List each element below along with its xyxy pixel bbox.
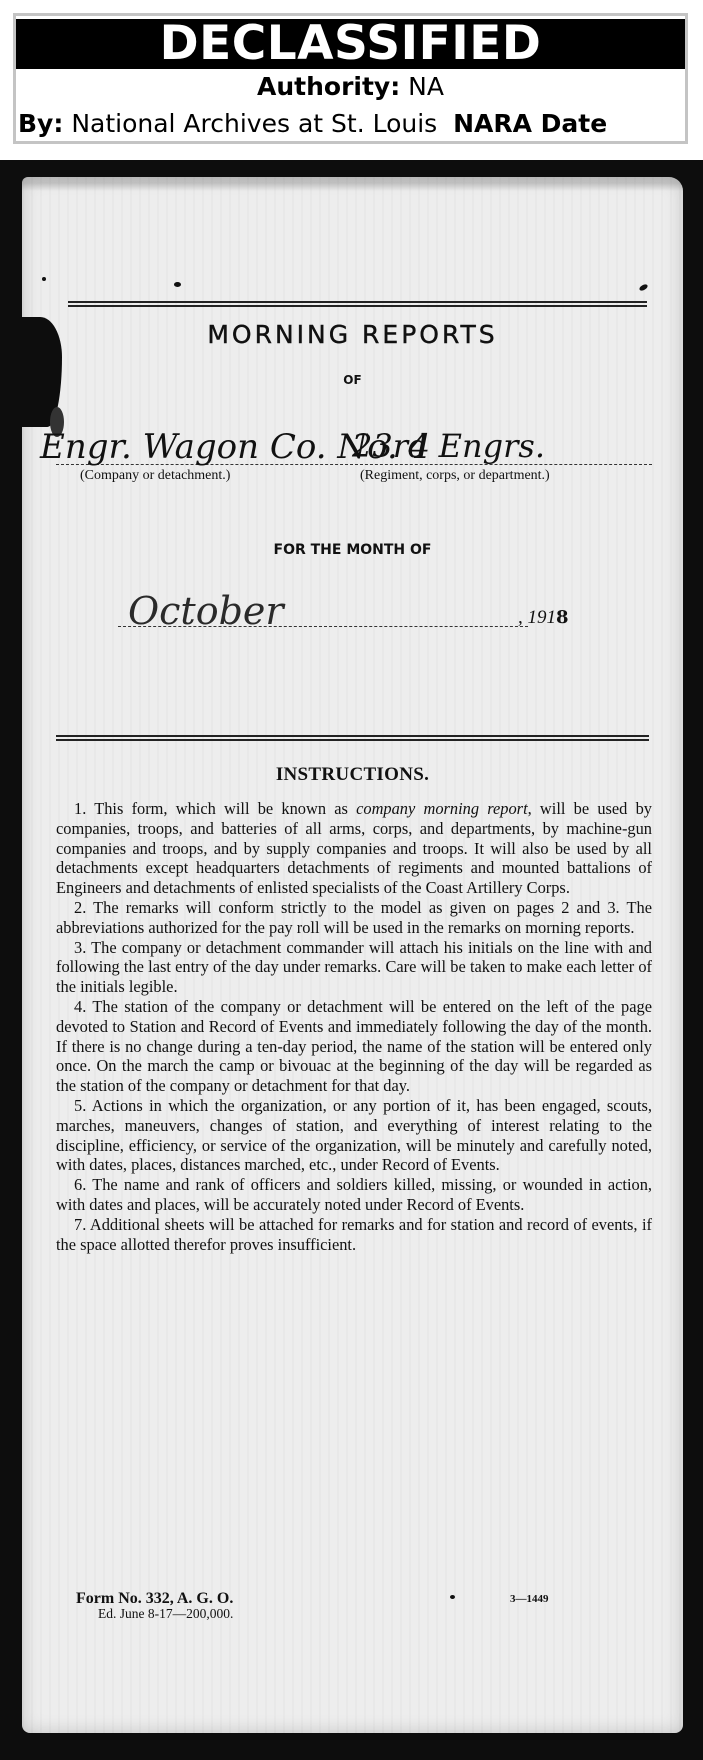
by-value: National Archives at St. Louis bbox=[71, 109, 437, 138]
instruction-item: 1. This form, which will be known as com… bbox=[56, 799, 652, 898]
year-handwritten-digit[interactable]: 8 bbox=[556, 607, 569, 628]
middle-double-rule bbox=[56, 735, 649, 741]
instruction-item: 2. The remarks will conform strictly to … bbox=[56, 898, 652, 938]
regiment-handwritten[interactable]: 23rd Engrs. bbox=[352, 427, 545, 465]
speck bbox=[450, 1595, 455, 1599]
declassification-stamp: DECLASSIFIED Authority: NA By: National … bbox=[13, 13, 688, 144]
scanned-document: MORNING REPORTS OF Engr. Wagon Co. No. 4… bbox=[0, 160, 703, 1760]
form-page: MORNING REPORTS OF Engr. Wagon Co. No. 4… bbox=[22, 177, 683, 1733]
stamp-by: By: National Archives at St. Louis NARA … bbox=[16, 109, 685, 138]
instruction-item: 7. Additional sheets will be attached fo… bbox=[56, 1215, 652, 1255]
form-edition: Ed. June 8-17—200,000. bbox=[98, 1606, 233, 1621]
form-number: Form No. 332, A. G. O. bbox=[76, 1591, 233, 1607]
regiment-caption: (Regiment, corps, or department.) bbox=[360, 468, 550, 484]
authority-value: NA bbox=[408, 72, 444, 101]
form-of: OF bbox=[22, 373, 683, 387]
year-field: , 1918 bbox=[518, 607, 569, 629]
month-label: FOR THE MONTH OF bbox=[22, 542, 683, 558]
instruction-item: 5. Actions in which the organization, or… bbox=[56, 1096, 652, 1175]
instructions-title: INSTRUCTIONS. bbox=[22, 764, 683, 786]
instruction-item: 3. The company or detachment commander w… bbox=[56, 938, 652, 997]
authority-label: Authority: bbox=[257, 72, 400, 101]
year-printed: 191 bbox=[528, 607, 557, 628]
speck bbox=[174, 282, 181, 287]
instruction-item: 4. The station of the company or detachm… bbox=[56, 997, 652, 1096]
nara-date-label: NARA Date bbox=[453, 109, 607, 138]
stamp-heading: DECLASSIFIED bbox=[16, 19, 685, 69]
speck bbox=[638, 283, 648, 292]
print-code: 3—1449 bbox=[510, 1593, 549, 1605]
month-handwritten[interactable]: October bbox=[128, 589, 284, 633]
top-double-rule bbox=[68, 301, 647, 307]
company-caption: (Company or detachment.) bbox=[80, 468, 230, 484]
by-label: By: bbox=[18, 109, 63, 138]
instructions-list: 1. This form, which will be known as com… bbox=[56, 799, 652, 1254]
speck bbox=[42, 277, 46, 281]
instruction-item: 6. The name and rank of officers and sol… bbox=[56, 1175, 652, 1215]
stamp-authority: Authority: NA bbox=[16, 72, 685, 101]
form-title: MORNING REPORTS bbox=[22, 320, 683, 349]
